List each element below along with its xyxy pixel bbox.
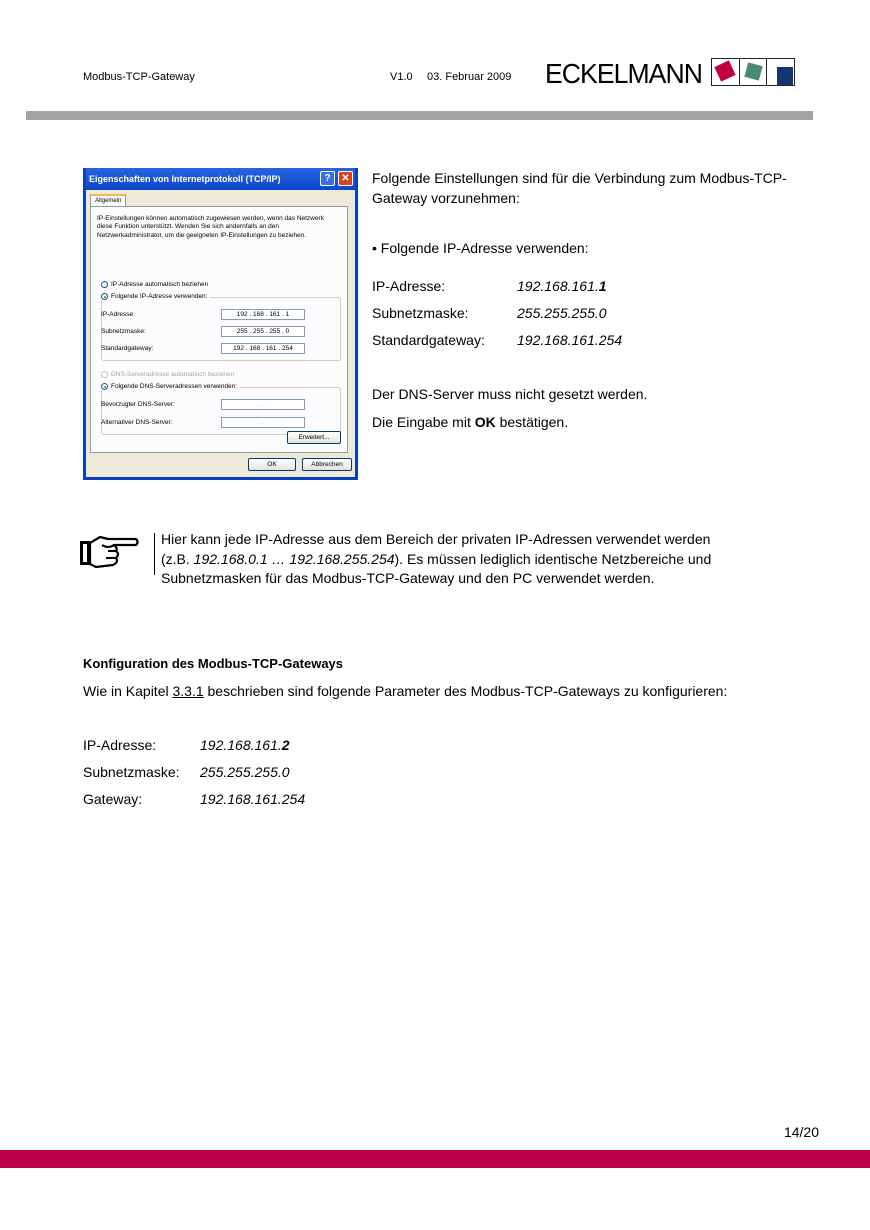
note-text: Hier kann jede IP-Adresse aus dem Bereic… (161, 530, 761, 589)
document-date: 03. Februar 2009 (427, 71, 511, 83)
radio-auto-ip[interactable]: IP-Adresse automatisch beziehen (101, 281, 208, 288)
blue-square-icon (777, 67, 793, 85)
advanced-button[interactable]: Erweitert... (287, 431, 341, 444)
preferred-dns-field[interactable]: . . . (221, 399, 305, 410)
config-subnet-label: Subnetzmaske: (83, 764, 180, 780)
config-gateway-value: 192.168.161.254 (200, 791, 305, 807)
ok-button[interactable]: OK (248, 458, 296, 471)
close-button[interactable]: ✕ (338, 171, 353, 186)
ip-value: 192.168.161.1 (517, 278, 607, 294)
brand-logo-icon (711, 58, 795, 86)
page-number: 14/20 (784, 1124, 819, 1140)
config-gateway-label: Gateway: (83, 791, 142, 807)
default-gateway-label: Standardgateway: (101, 345, 153, 352)
chapter-link[interactable]: 3.3.1 (172, 683, 203, 699)
gateway-value: 192.168.161.254 (517, 332, 622, 348)
ip-address-field[interactable]: 192 . 168 . 161 . 1 (221, 309, 305, 320)
footer-bar (0, 1150, 870, 1168)
preferred-dns-label: Bevorzugter DNS-Server: (101, 401, 175, 408)
radio-manual-dns[interactable]: Folgende DNS-Serveradressen verwenden: (101, 383, 240, 390)
green-square-icon (744, 62, 762, 80)
dialog-titlebar: Eigenschaften von Internetprotokoll (TCP… (86, 168, 355, 190)
note-divider (154, 533, 155, 575)
dns-note: Der DNS-Server muss nicht gesetzt werden… (372, 384, 647, 404)
radio-manual-ip[interactable]: Folgende IP-Adresse verwenden: (101, 293, 210, 300)
tcpip-properties-dialog: Eigenschaften von Internetprotokoll (TCP… (83, 168, 358, 480)
gateway-label: Standardgateway: (372, 332, 485, 348)
brand-logo-text: ECKELMANN (545, 58, 702, 90)
radio-disabled-icon (101, 371, 108, 378)
dialog-title: Eigenschaften von Internetprotokoll (TCP… (89, 174, 281, 184)
document-version: V1.0 (390, 71, 413, 83)
tab-panel-general: IP-Einstellungen können automatisch zuge… (90, 206, 348, 453)
radio-auto-dns[interactable]: DNS-Serveradresse automatisch beziehen (101, 371, 234, 378)
section-title: Konfiguration des Modbus-TCP-Gateways (83, 656, 343, 671)
intro-text: Folgende Einstellungen sind für die Verb… (372, 168, 812, 208)
subnet-mask-field[interactable]: 255 . 255 . 255 . 0 (221, 326, 305, 337)
radio-on-icon (101, 293, 108, 300)
red-square-icon (714, 60, 735, 81)
header-divider (26, 111, 813, 120)
alternate-dns-label: Alternativer DNS-Server: (101, 419, 173, 426)
bullet-use-ip: • Folgende IP-Adresse verwenden: (372, 238, 589, 258)
ip-label: IP-Adresse: (372, 278, 445, 294)
config-text: Wie in Kapitel 3.3.1 beschrieben sind fo… (83, 681, 727, 701)
ip-address-label: IP-Adresse: (101, 311, 135, 318)
document-title: Modbus-TCP-Gateway (83, 71, 195, 83)
subnet-mask-label: Subnetzmaske: (101, 328, 146, 335)
help-button[interactable]: ? (320, 171, 335, 186)
pointing-hand-icon (78, 531, 140, 575)
dialog-description: IP-Einstellungen können automatisch zuge… (97, 215, 337, 240)
subnet-label: Subnetzmaske: (372, 305, 469, 321)
config-subnet-value: 255.255.255.0 (200, 764, 290, 780)
dialog-body: IP-Einstellungen können automatisch zuge… (86, 190, 355, 477)
confirm-text: Die Eingabe mit OK bestätigen. (372, 412, 568, 432)
tab-general[interactable]: Allgemein (90, 194, 126, 206)
config-ip-value: 192.168.161.2 (200, 737, 290, 753)
cancel-button[interactable]: Abbrechen (302, 458, 352, 471)
alternate-dns-field[interactable]: . . . (221, 417, 305, 428)
radio-on-icon (101, 383, 108, 390)
radio-off-icon (101, 281, 108, 288)
config-ip-label: IP-Adresse: (83, 737, 156, 753)
subnet-value: 255.255.255.0 (517, 305, 607, 321)
default-gateway-field[interactable]: 192 . 168 . 161 . 254 (221, 343, 305, 354)
